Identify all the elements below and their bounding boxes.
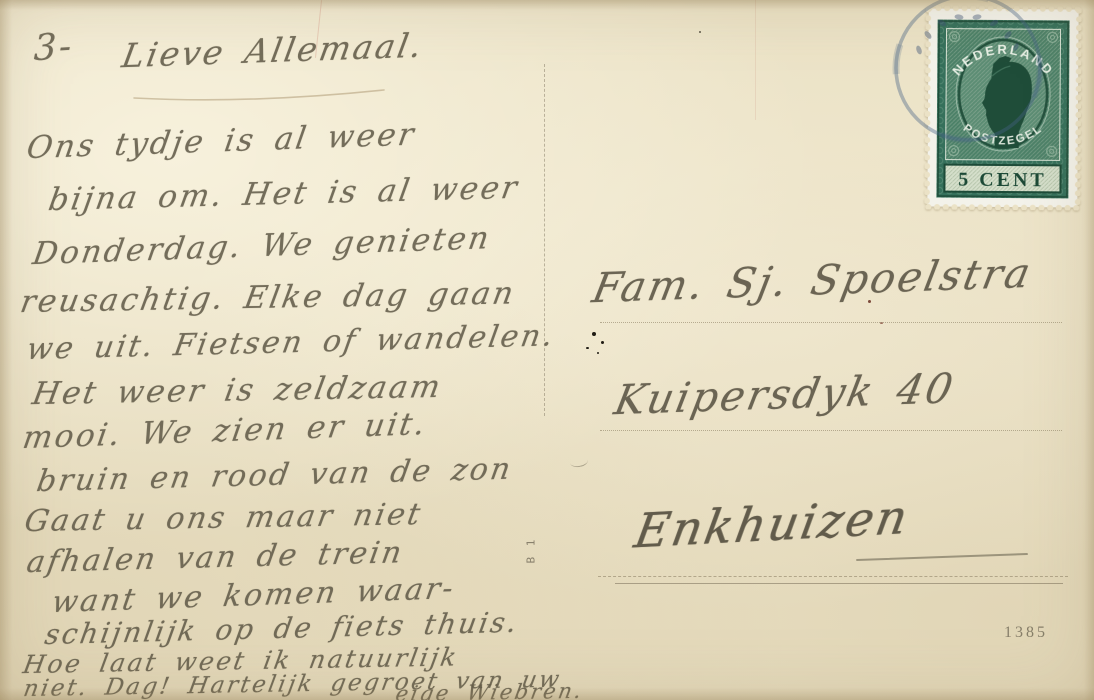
address-line-rule [600,430,1062,431]
message-line: Ons tydje is al weer [24,116,418,166]
print-number: 1385 [1004,624,1048,642]
address-line-rule [598,576,1068,577]
address-name: Fam. Sj. Spoelstra [589,249,1037,313]
address-street: Kuipersdyk 40 [611,364,960,424]
plate-mark: B 1 [525,528,538,574]
message-line: Gaat u ons maar niet [22,497,425,539]
postcard-scan: 3- Lieve Allemaal. Ons tydje is al weer … [0,0,1094,700]
message-line: Donderdag. We genieten [30,220,494,272]
address-line-rule [615,583,1063,584]
salutation-text: Lieve Allemaal. [119,25,427,75]
ink-speck [592,332,596,336]
signature-text: eige Wiebren. [394,679,586,700]
address-line-rule [600,322,1062,323]
message-line: we uit. Fietsen of wandelen. [24,318,558,367]
ink-speck [586,347,589,349]
divider-line [544,64,545,416]
salutation-underline [130,82,390,104]
pencil-number-note: 3- [33,26,74,69]
stamp-value: 5 CENT [958,169,1047,192]
message-line: reusachtig. Elke dag gaan [18,275,519,320]
message-line: Het weer is zeldzaam [30,369,446,412]
address-city: Enkhuizen [630,490,913,560]
message-line: bijna om. Het is al weer [46,170,522,218]
message-line: mooi. We zien er uit. [20,406,430,456]
ink-speck [699,31,701,33]
ink-speck [597,352,599,354]
postage-stamp: NEDERLAND POSTZEGEL 5 CENT [924,5,1081,210]
stamp-artwork: NEDERLAND POSTZEGEL 5 CENT [924,5,1081,210]
ink-speck [601,341,604,344]
message-line: afhalen van de trein [24,535,406,580]
pen-flourish [856,553,1028,561]
pencil-scribble [569,455,589,469]
paper-crease [755,0,756,120]
message-line: bruin en rood van de zon [34,452,515,500]
ink-speck [868,300,871,303]
